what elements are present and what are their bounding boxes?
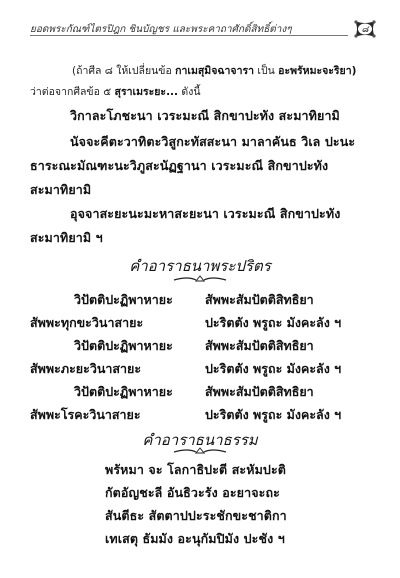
precept-line: สะมาทิยามิ: [30, 180, 91, 200]
note-text: ว่าต่อจากศีลข้อ ๕: [30, 86, 111, 98]
ornament-divider-icon: [170, 274, 230, 284]
paritta-left: สัพพะภะยะวินาสายะ: [30, 359, 141, 379]
ornament-divider-icon: [170, 446, 230, 456]
precept-line: นัจจะคีตะวาทิตะวิสูกะทัสสะนา มาลาคันธ วิ…: [70, 132, 355, 152]
page-number-badge: ๘: [353, 19, 377, 39]
paritta-left: วิปัตติปะฏิพาหายะ: [74, 336, 173, 356]
page-number: ๘: [353, 22, 377, 36]
paritta-right: สัพพะสัมปัตติสิทธิยา: [205, 336, 314, 356]
paritta-left: วิปัตติปะฏิพาหายะ: [74, 290, 173, 310]
paritta-right: สัพพะสัมปัตติสิทธิยา: [205, 290, 314, 310]
note-bold-term: อะพรัหมะจะริยา): [278, 65, 356, 77]
paritta-left: สัพพะทุกขะวินาสายะ: [30, 313, 143, 333]
dhamma-line: สันตีธะ สัตตาปปะระชักขะชาติกา: [105, 506, 287, 526]
paritta-right: ปะริตตัง พรูถะ มังคะลัง ฯ: [205, 359, 341, 379]
note-line-2: ว่าต่อจากศีลข้อ ๕ สุราเมระยะ... ดังนี้: [30, 83, 201, 100]
note-text: ดังนี้: [181, 86, 200, 98]
precept-line: อุจจาสะยะนะมะหาสะยะนา เวระมะณี สิกขาปะทั…: [70, 204, 340, 224]
paritta-left: สัพพะโรคะวินาสายะ: [30, 405, 141, 425]
note-bold-term: กาเมสุมิจฉาจารา: [175, 65, 254, 77]
note-bold-term: สุราเมระยะ...: [115, 86, 179, 98]
paritta-right: ปะริตตัง พรูถะ มังคะลัง ฯ: [205, 405, 341, 425]
precept-line: ธาระณะมัณฑะนะวิภูสะนัฏฐานา เวระมะณี สิกข…: [30, 156, 328, 176]
paritta-right: สัพพะสัมปัตติสิทธิยา: [205, 382, 314, 402]
dhamma-line: กัตอัญชะลี อันธิวะรัง อะยาจะถะ: [105, 483, 280, 503]
running-header: ยอดพระกัณฑ์ไตรปิฎก ชินบัญชร และพระคาถาศั…: [30, 18, 375, 40]
paritta-left: วิปัตติปะฏิพาหายะ: [74, 382, 173, 402]
note-text: (ถ้าศีล ๘ ให้เปลี่ยนข้อ: [72, 65, 172, 77]
dhamma-line: เทเสตุ ธัมมัง อะนุกัมปิมัง ปะชัง ฯ: [105, 529, 285, 549]
precept-line: สะมาทิยามิ ฯ: [30, 228, 103, 248]
note-text: เป็น: [257, 65, 274, 77]
dhamma-line: พรัหมา จะ โลกาธิปะตี สะหัมปะติ: [105, 460, 286, 480]
paritta-right: ปะริตตัง พรูถะ มังคะลัง ฯ: [205, 313, 341, 333]
note-line-1: (ถ้าศีล ๘ ให้เปลี่ยนข้อ กาเมสุมิจฉาจารา …: [72, 62, 356, 79]
header-rule: [30, 35, 348, 36]
precept-line: วิกาละโภชะนา เวระมะณี สิกขาปะทัง สะมาทิย…: [70, 106, 340, 126]
